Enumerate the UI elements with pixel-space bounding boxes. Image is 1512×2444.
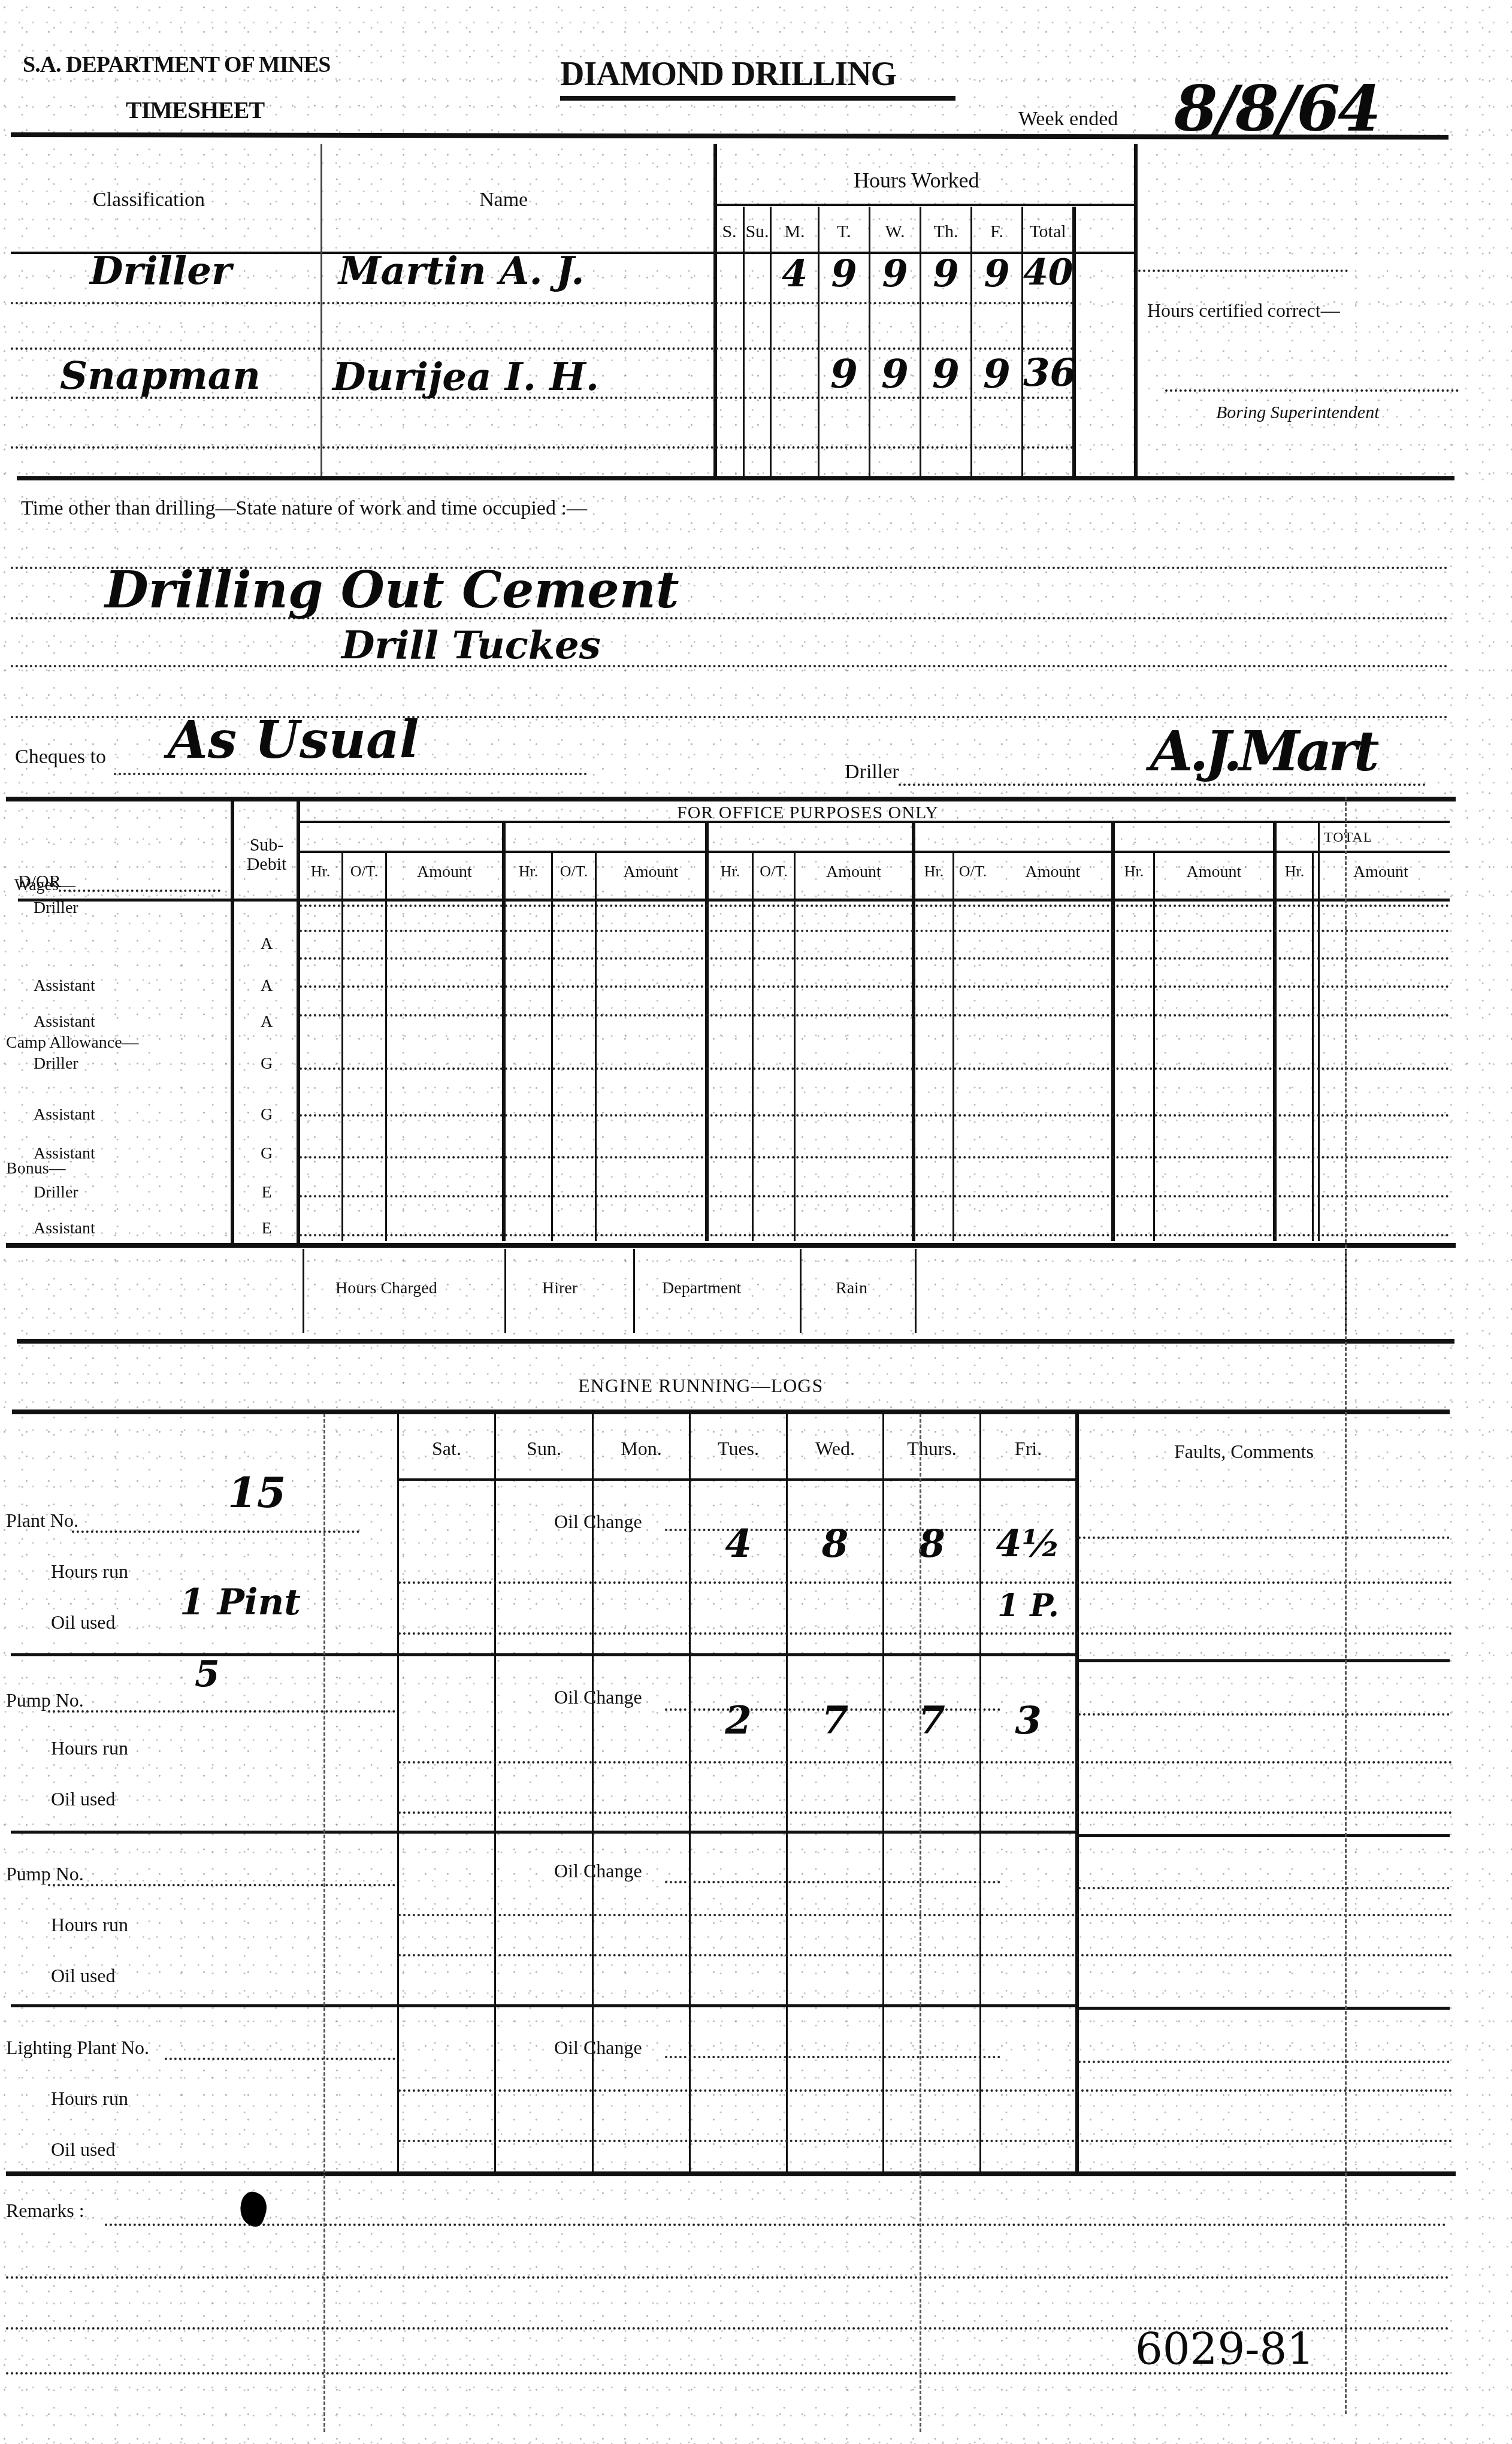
- divider: [341, 852, 343, 1241]
- cheques-value[interactable]: As Usual: [168, 710, 419, 770]
- plant-no-line: [72, 1530, 359, 1533]
- col-hr: Hr.: [709, 863, 752, 881]
- group-camp-allowance: Camp Allowance—: [6, 1033, 139, 1052]
- row-line: [398, 1811, 1453, 1814]
- divider: [1075, 1414, 1079, 2171]
- section-rule: [12, 1409, 1450, 1414]
- divider: [18, 899, 1450, 902]
- subdebit-code: A: [240, 976, 294, 996]
- divider: [11, 1831, 1077, 1834]
- divider: [1021, 207, 1023, 476]
- hours-run-cell[interactable]: 8: [788, 1522, 882, 1566]
- hours-run-cell[interactable]: 3: [981, 1698, 1075, 1743]
- hours-charged-label: Hours Charged: [335, 1279, 437, 1298]
- day-header-m: M.: [772, 222, 818, 242]
- group-bonus: Bonus—: [6, 1159, 66, 1178]
- row-line: [300, 1067, 1450, 1070]
- divider: [752, 852, 754, 1241]
- day-header-total: Total: [1023, 222, 1072, 242]
- col-hr: Hr.: [915, 863, 952, 881]
- divider: [397, 1414, 399, 2171]
- row-line: [300, 1195, 1450, 1197]
- subdebit-code: G: [240, 1144, 294, 1163]
- col-ot: O/T.: [343, 863, 385, 881]
- log-day-tues: Tues.: [691, 1438, 786, 1460]
- department-name: S.A. DEPARTMENT OF MINES: [23, 52, 330, 78]
- hours-cell[interactable]: 9: [819, 252, 869, 295]
- row-label: Driller: [34, 899, 78, 918]
- divider: [1153, 852, 1155, 1241]
- superintendent-signature-line: [1165, 389, 1459, 392]
- name-cell[interactable]: Durijea I. H.: [332, 355, 599, 400]
- divider: [912, 822, 915, 1241]
- superintendent-label: Boring Superintendent: [1216, 403, 1379, 423]
- hours-worked-header: Hours Worked: [854, 168, 979, 193]
- oil-change-line: [665, 1881, 1000, 1883]
- row-line: [398, 2140, 1453, 2142]
- subdebit-code: G: [240, 1105, 294, 1124]
- divider: [1078, 1659, 1450, 1662]
- pump-number[interactable]: 5: [195, 1653, 220, 1695]
- row-label: Driller: [34, 1054, 78, 1073]
- hours-run-cell[interactable]: 4: [691, 1522, 786, 1566]
- divider: [551, 852, 553, 1241]
- hours-run-cell[interactable]: 4½: [981, 1522, 1075, 1565]
- oil-used-cell[interactable]: 1 P.: [981, 1587, 1075, 1624]
- divider: [743, 207, 745, 476]
- day-header-s: S.: [716, 222, 743, 242]
- oil-change-label: Oil Change: [554, 1860, 642, 1882]
- section-rule: [17, 1339, 1454, 1344]
- remarks-line-1: [105, 2224, 1447, 2226]
- divider: [300, 821, 1450, 823]
- col-amount: Amount: [796, 863, 912, 882]
- subdebit-code: E: [240, 1219, 294, 1238]
- row-line: [11, 665, 1449, 667]
- hours-run-cell[interactable]: 7: [884, 1698, 979, 1743]
- row-line: [11, 302, 1074, 304]
- row-line: [11, 446, 1074, 449]
- driller-label: Driller: [845, 761, 899, 784]
- driller-signature[interactable]: A.J.Mart: [1150, 719, 1375, 784]
- remarks-label: Remarks :: [6, 2200, 84, 2222]
- driller-signature-line: [899, 784, 1426, 786]
- row-label: Driller: [34, 1183, 78, 1202]
- name-header: Name: [479, 189, 528, 211]
- row-line: [11, 347, 1074, 350]
- divider: [800, 1249, 802, 1333]
- hours-cell[interactable]: 9: [921, 252, 970, 295]
- hours-cell[interactable]: 9: [870, 350, 920, 397]
- other-time-label: Time other than drilling—State nature of…: [21, 497, 587, 520]
- hours-cell[interactable]: 9: [819, 350, 869, 397]
- col-ot: O/T.: [954, 863, 991, 881]
- day-header-su: Su.: [745, 222, 770, 242]
- reference-number: 6029-81: [1135, 2324, 1314, 2375]
- divider: [633, 1249, 635, 1333]
- row-line: [300, 905, 1450, 907]
- divider: [915, 1249, 917, 1333]
- day-header-f: F.: [972, 222, 1021, 242]
- col-amount: Amount: [994, 863, 1111, 882]
- section-rule: [6, 1243, 1456, 1248]
- divider: [970, 207, 972, 476]
- divider: [399, 1478, 1076, 1481]
- pump-no-line: [48, 1710, 395, 1713]
- other-time-line-2[interactable]: Drill Tuckes: [341, 623, 601, 668]
- row-line: [300, 1156, 1450, 1159]
- row-line: [1078, 1536, 1450, 1539]
- hours-run-label: Hours run: [51, 1737, 128, 1759]
- log-day-sun: Sun.: [496, 1438, 592, 1460]
- dor-line: [59, 890, 220, 892]
- pump-no-label: Pump No.: [6, 1689, 84, 1711]
- hours-cell[interactable]: 9: [921, 350, 970, 397]
- oil-change-label: Oil Change: [554, 1511, 642, 1533]
- hours-run-label: Hours run: [51, 1914, 128, 1936]
- row-line: [1078, 2061, 1450, 2063]
- section-rule: [6, 2171, 1456, 2176]
- oil-used-note[interactable]: 1 Pint: [180, 1581, 301, 1623]
- hours-run-label: Hours run: [51, 1560, 128, 1583]
- row-line: [300, 1234, 1450, 1236]
- hirer-label: Hirer: [542, 1279, 577, 1298]
- title-underline: [560, 96, 955, 101]
- divider: [952, 852, 954, 1241]
- log-day-fri: Fri.: [981, 1438, 1075, 1460]
- oil-change-line: [665, 2056, 1000, 2058]
- col-hr: Hr.: [506, 863, 551, 881]
- divider: [1078, 2007, 1450, 2010]
- row-line: [300, 985, 1450, 988]
- form-type: TIMESHEET: [126, 96, 264, 124]
- divider: [504, 1249, 506, 1333]
- plant-no-label: Plant No.: [6, 1510, 78, 1532]
- department-label: Department: [662, 1279, 741, 1298]
- divider: [794, 852, 796, 1241]
- hours-cell[interactable]: 9: [972, 252, 1021, 295]
- section-rule: [17, 476, 1454, 480]
- classification-header: Classification: [93, 189, 205, 211]
- group-wages: Wages—: [14, 876, 75, 895]
- subdebit-code: A: [240, 1012, 294, 1032]
- engine-logs-title: ENGINE RUNNING—LOGS: [578, 1375, 823, 1397]
- divider: [502, 822, 506, 1241]
- classification-cell[interactable]: Driller: [90, 249, 232, 294]
- divider: [11, 1653, 1077, 1656]
- col-ot: O/T.: [553, 863, 595, 881]
- total-cell[interactable]: 40: [1023, 252, 1072, 294]
- row-label: Assistant: [34, 1012, 95, 1032]
- row-line: [300, 957, 1450, 960]
- divider: [869, 207, 870, 476]
- week-ended-label: Week ended: [1018, 108, 1118, 131]
- row-label: Assistant: [34, 1105, 95, 1124]
- subdebit-code: A: [240, 934, 294, 954]
- divider: [818, 207, 819, 476]
- hours-certified-label: Hours certified correct—: [1147, 300, 1340, 322]
- day-header-t: T.: [819, 222, 869, 242]
- cheques-label: Cheques to: [15, 746, 106, 769]
- log-day-mon: Mon.: [594, 1438, 689, 1460]
- hours-cell[interactable]: 9: [870, 252, 920, 295]
- hours-cell[interactable]: 4: [772, 252, 818, 295]
- row-line: [300, 930, 1450, 932]
- total-cell[interactable]: 36: [1023, 350, 1072, 395]
- divider: [303, 1249, 304, 1333]
- log-day-sat: Sat.: [399, 1438, 494, 1460]
- scan-artifact: [920, 1414, 921, 2432]
- day-header-th: Th.: [921, 222, 970, 242]
- lighting-plant-no-line: [165, 2058, 395, 2060]
- row-line: [398, 1914, 1453, 1916]
- rain-label: Rain: [836, 1279, 867, 1298]
- hours-run-cell[interactable]: 7: [788, 1698, 882, 1743]
- col-hr: Hr.: [1115, 863, 1153, 881]
- divider: [1111, 822, 1115, 1241]
- divider: [713, 144, 717, 476]
- row-line: [398, 1632, 1453, 1635]
- oil-used-label: Oil used: [51, 1611, 116, 1634]
- pump-no-line: [48, 1884, 395, 1886]
- divider: [320, 144, 322, 476]
- row-line: [398, 1581, 1453, 1584]
- divider: [1078, 1834, 1450, 1837]
- divider: [716, 204, 1135, 206]
- log-day-wed: Wed.: [788, 1438, 882, 1460]
- oil-change-label: Oil Change: [554, 2037, 642, 2059]
- row-line: [1078, 1713, 1450, 1716]
- name-cell[interactable]: Martin A. J.: [338, 249, 585, 294]
- plant-number[interactable]: 15: [228, 1468, 286, 1517]
- divider: [1273, 822, 1277, 1241]
- classification-cell[interactable]: Snapman: [60, 353, 261, 398]
- divider: [770, 207, 772, 476]
- row-line: [300, 1014, 1450, 1017]
- office-title: FOR OFFICE PURPOSES ONLY: [677, 803, 939, 823]
- row-line: [300, 1114, 1450, 1117]
- signature-line: [1138, 270, 1348, 272]
- cheques-line: [114, 773, 587, 775]
- log-day-thurs: Thurs.: [884, 1438, 979, 1460]
- total-header: TOTAL: [1324, 830, 1372, 846]
- other-time-line-1[interactable]: Drilling Out Cement: [105, 560, 679, 619]
- col-amount: Amount: [387, 863, 502, 882]
- divider: [1312, 852, 1314, 1241]
- hours-cell[interactable]: 9: [972, 350, 1021, 397]
- oil-used-label: Oil used: [51, 1788, 116, 1810]
- col-amount: Amount: [1155, 863, 1273, 882]
- oil-used-label: Oil used: [51, 2138, 116, 2161]
- hours-run-cell[interactable]: 2: [691, 1698, 786, 1743]
- subdebit-code: E: [240, 1183, 294, 1202]
- lighting-plant-no-label: Lighting Plant No.: [6, 2037, 149, 2059]
- hours-run-cell[interactable]: 8: [884, 1522, 979, 1566]
- subdebit-label: Sub-Debit: [237, 836, 297, 874]
- oil-change-label: Oil Change: [554, 1686, 642, 1708]
- divider: [595, 852, 597, 1241]
- divider: [1318, 822, 1320, 1241]
- oil-used-label: Oil used: [51, 1965, 116, 1987]
- col-amount: Amount: [597, 863, 705, 882]
- faults-comments-header: Faults, Comments: [1174, 1441, 1314, 1463]
- remarks-line-2: [6, 2276, 1450, 2279]
- row-line: [1078, 1887, 1450, 1889]
- row-label: Assistant: [34, 976, 95, 996]
- subdebit-code: G: [240, 1054, 294, 1073]
- divider: [494, 1414, 496, 2171]
- col-amount-total: Amount: [1321, 863, 1441, 882]
- form-title: DIAMOND DRILLING: [560, 55, 896, 93]
- divider: [300, 851, 1450, 853]
- divider: [705, 822, 709, 1241]
- col-ot: O/T.: [754, 863, 794, 881]
- scan-artifact: [1345, 797, 1347, 2414]
- divider: [1134, 144, 1138, 476]
- hours-run-label: Hours run: [51, 2088, 128, 2110]
- divider: [231, 800, 234, 1243]
- divider: [920, 207, 921, 476]
- ink-blot: [235, 2189, 271, 2229]
- section-rule: [6, 797, 1456, 801]
- day-header-w: W.: [870, 222, 920, 242]
- divider: [1072, 207, 1076, 476]
- row-line: [398, 1954, 1453, 1956]
- divider: [385, 852, 387, 1241]
- row-label: Assistant: [34, 1219, 95, 1238]
- pump-no-label: Pump No.: [6, 1863, 84, 1885]
- row-line: [398, 1761, 1453, 1764]
- col-hr: Hr.: [300, 863, 341, 881]
- col-hr: Hr.: [1277, 863, 1313, 881]
- divider: [11, 2004, 1077, 2007]
- row-line: [398, 2089, 1453, 2092]
- scan-artifact: [323, 1414, 325, 2432]
